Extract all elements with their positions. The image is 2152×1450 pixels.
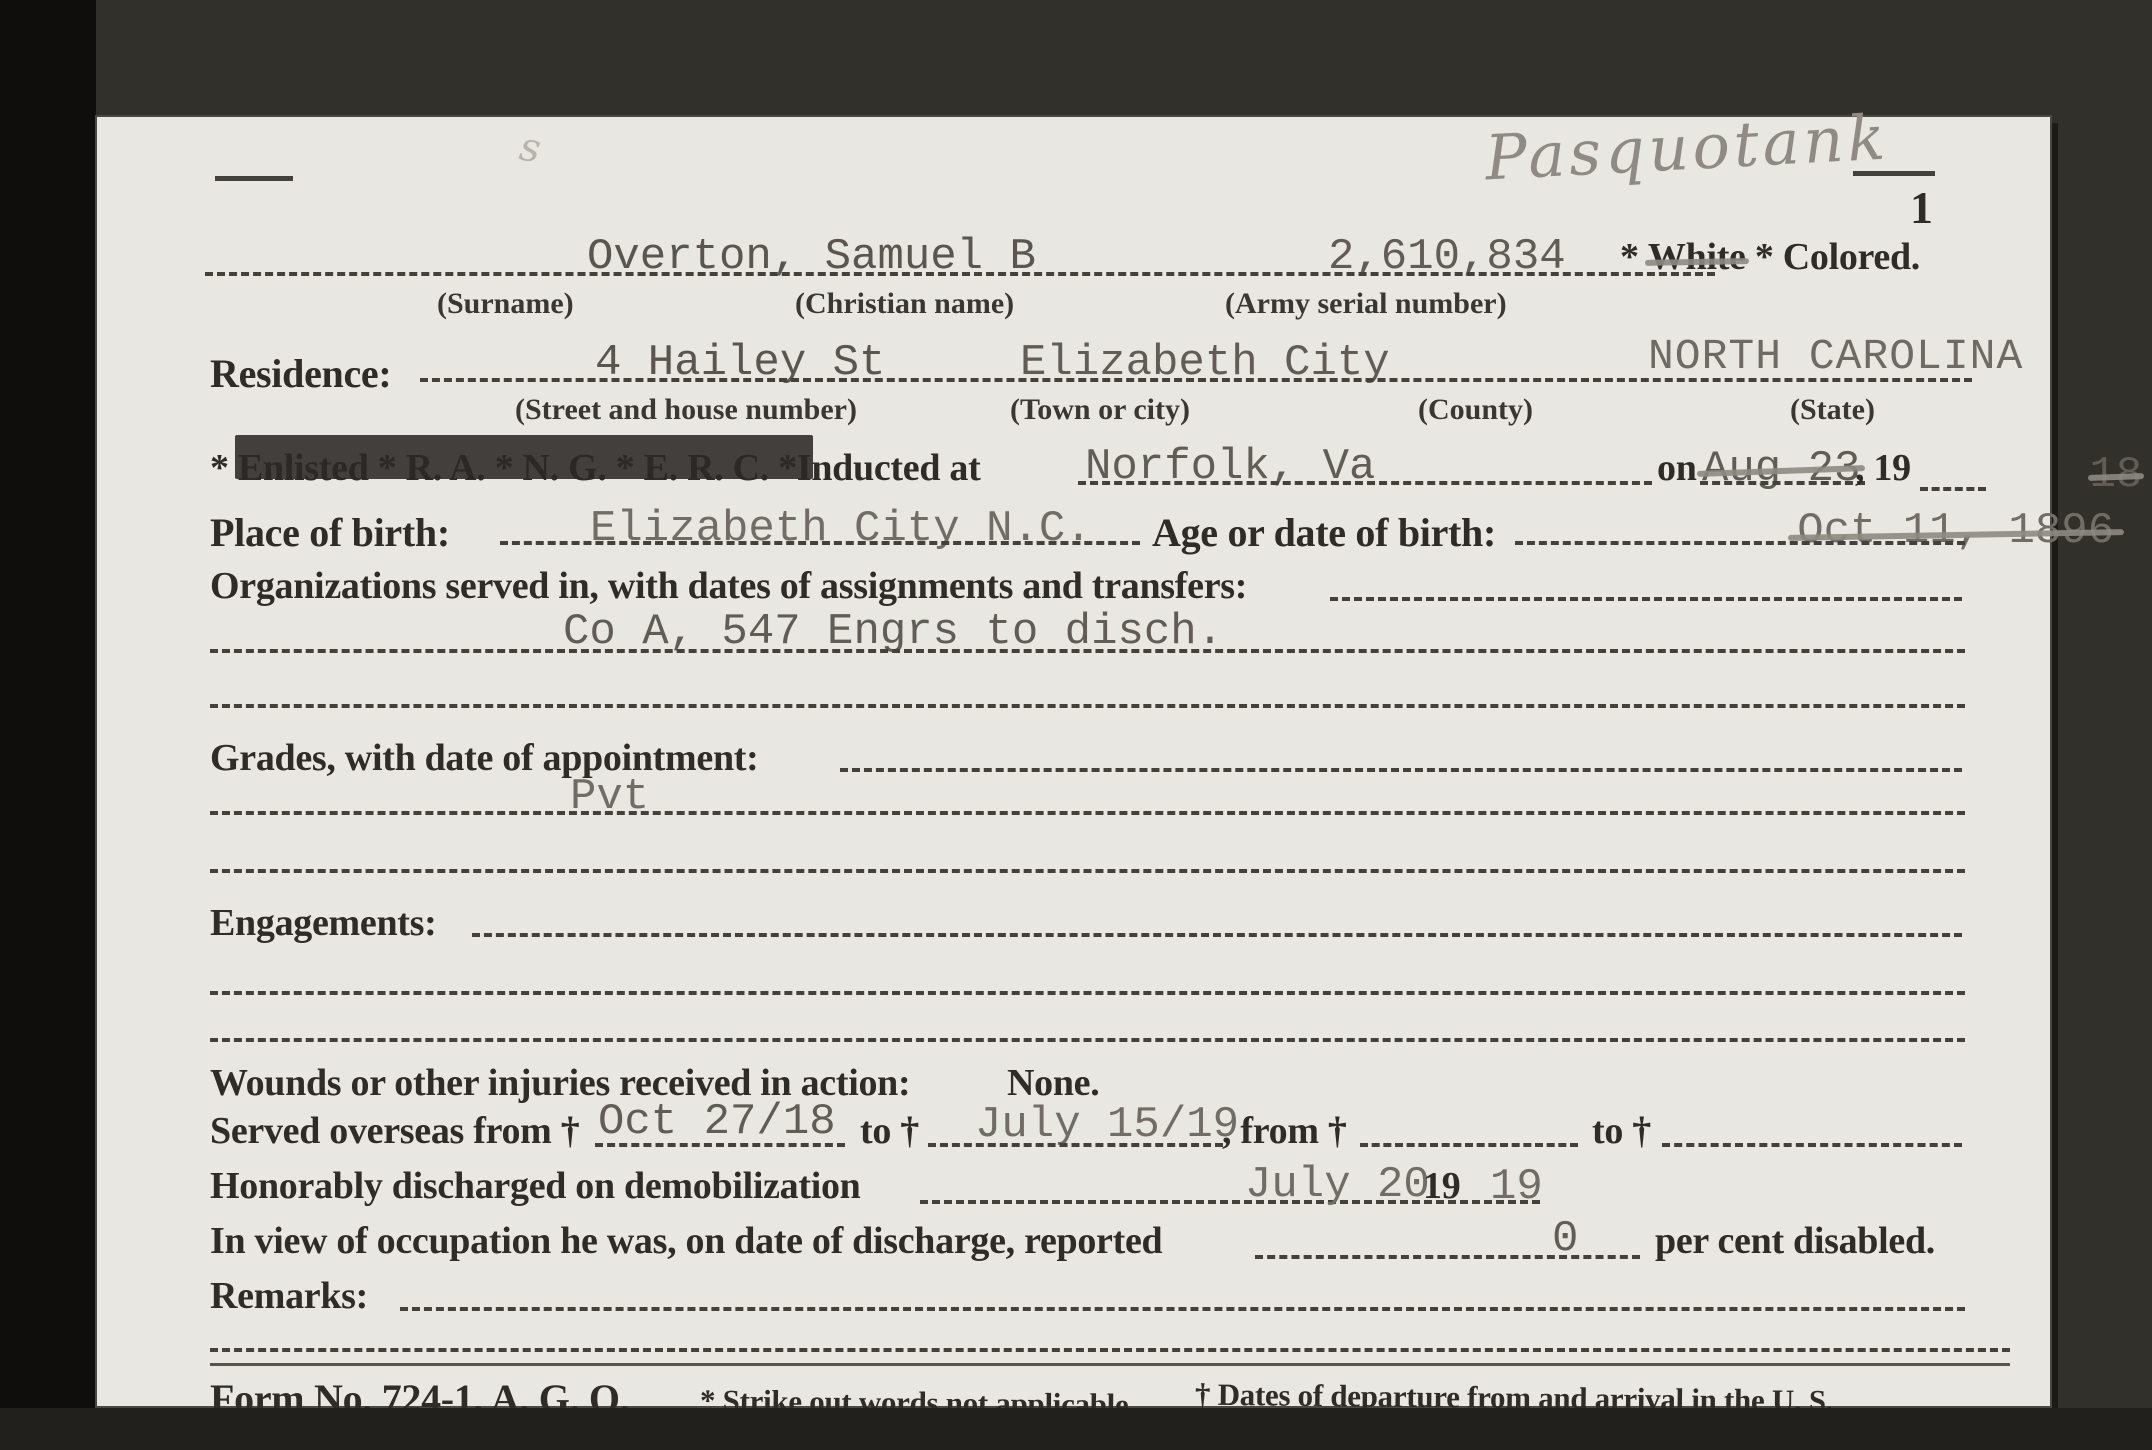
organizations-typed: Co A, 547 Engrs to disch. — [563, 610, 1223, 654]
dotted-rule — [1515, 541, 1965, 545]
dotted-rule — [840, 768, 1962, 772]
dotted-rule — [210, 649, 1965, 653]
organizations-label: Organizations served in, with dates of a… — [210, 567, 1247, 607]
overseas-from-label2: , from † — [1222, 1112, 1347, 1152]
disability-label: In view of occupation he was, on date of… — [210, 1222, 1162, 1262]
county-label: (County) — [1418, 393, 1533, 427]
race-colored: * Colored. — [1746, 236, 1920, 278]
dotted-rule — [1255, 1255, 1640, 1259]
dotted-rule — [210, 1038, 1965, 1042]
state-label: (State) — [1790, 393, 1875, 427]
disability-suffix: per cent disabled. — [1655, 1222, 1935, 1262]
service-record-card: s Pasquotank 1 Overton, Samuel B 2,610,8… — [95, 115, 2052, 1408]
overseas-to-label2: to † — [1592, 1112, 1651, 1152]
overseas-label: Served overseas from † — [210, 1112, 579, 1152]
christian-name-label: (Christian name) — [795, 287, 1014, 321]
surname-label: (Surname) — [437, 287, 574, 321]
dotted-rule — [210, 991, 1965, 995]
dotted-rule — [205, 272, 1715, 276]
induction-year-struck: 18 — [2089, 453, 2142, 497]
birth-date-struck: Oct 11, 1896 — [1797, 509, 2114, 553]
top-left-dash — [215, 176, 293, 181]
engagements-label: Engagements: — [210, 904, 437, 944]
solid-rule — [210, 1363, 2010, 1366]
remarks-label: Remarks: — [210, 1277, 368, 1317]
dotted-rule — [210, 704, 1965, 708]
dotted-rule — [595, 1143, 845, 1147]
dotted-rule — [210, 1348, 2010, 1352]
street-label: (Street and house number) — [515, 393, 857, 427]
year-prefix-printed: , 19 — [1855, 449, 1911, 489]
serial-number-label: (Army serial number) — [1225, 287, 1507, 321]
discharge-label: Honorably discharged on demobilization — [210, 1167, 861, 1207]
dotted-rule — [400, 1307, 1965, 1311]
birth-place-label: Place of birth: — [210, 512, 450, 554]
scanned-service-card-page: s Pasquotank 1 Overton, Samuel B 2,610,8… — [0, 0, 2152, 1450]
dotted-rule — [928, 1143, 1223, 1147]
overseas-to1-typed: July 15/19 — [975, 1103, 1239, 1147]
wounds-value: None. — [1007, 1064, 1099, 1104]
dotted-rule — [1700, 481, 1865, 485]
dotted-rule — [500, 541, 1140, 545]
dotted-rule — [1662, 1143, 1962, 1147]
page-number: 1 — [1910, 181, 1933, 234]
discharge-year-prefix: 19 — [1423, 1167, 1460, 1207]
dotted-rule — [210, 869, 1965, 873]
birth-date-label: Age or date of birth: — [1152, 512, 1496, 554]
dotted-rule — [1078, 481, 1652, 485]
disability-value-typed: 0 — [1552, 1217, 1578, 1261]
page-number-dash — [1853, 171, 1935, 176]
race-selector: * White * Colored. — [1620, 238, 1920, 278]
dotted-rule — [1330, 597, 1962, 601]
overseas-from1-typed: Oct 27/18 — [598, 1100, 836, 1144]
stray-pencil-mark: s — [516, 124, 544, 173]
residence-label: Residence: — [210, 353, 391, 395]
county-handwritten: Pasquotank — [1483, 100, 1890, 194]
race-white-struck: White — [1648, 238, 1746, 278]
grades-label: Grades, with date of appointment: — [210, 739, 759, 779]
dotted-rule — [472, 933, 1962, 937]
discharge-year-typed: 19 — [1490, 1165, 1543, 1209]
dotted-rule — [210, 811, 1965, 815]
state-stamped: NORTH CAROLINA — [1648, 335, 2023, 378]
dotted-rule — [420, 378, 1972, 382]
dotted-rule — [1920, 487, 1986, 491]
overseas-to-label1: to † — [860, 1112, 919, 1152]
dotted-rule — [1360, 1143, 1578, 1147]
discharge-date-typed: July 20 — [1245, 1163, 1430, 1207]
on-label: on — [1657, 449, 1697, 489]
redaction-bar — [235, 435, 813, 479]
scan-edge-bottom — [0, 1408, 2152, 1450]
town-label: (Town or city) — [1010, 393, 1190, 427]
scan-edge-left — [0, 0, 96, 1450]
race-prefix: * — [1620, 236, 1648, 278]
